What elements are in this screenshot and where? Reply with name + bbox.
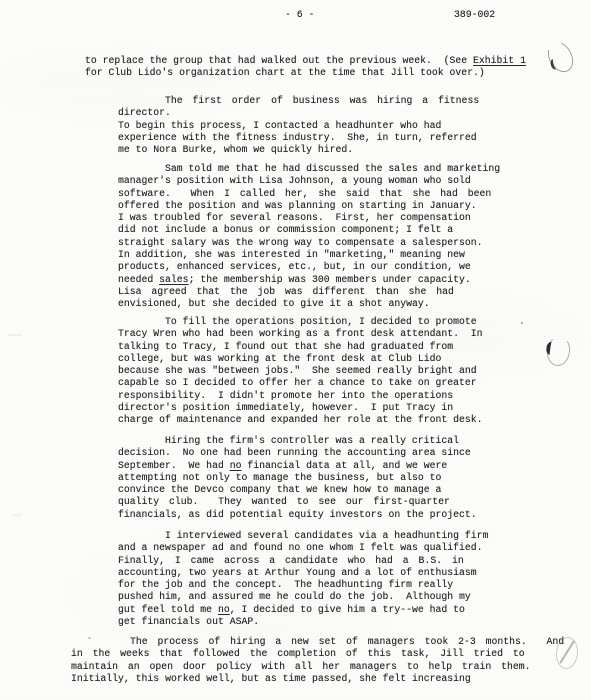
text-segment: decision. No one had been running the ac… — [118, 447, 471, 458]
scan-smudge — [8, 334, 22, 336]
text-line: To fill the operations position, I decid… — [118, 316, 483, 328]
text-line: convince the Devco company that we knew … — [118, 484, 477, 496]
text-line: and a newspaper ad and found no one whom… — [118, 542, 488, 554]
text-segment: for the job and the concept. The headhun… — [118, 579, 453, 590]
text-line: Tracy Wren who had been working as a fro… — [118, 328, 483, 340]
text-segment: accounting, two years at Arthur Young an… — [118, 567, 477, 578]
text-line: Finally, I came across a candidate who h… — [118, 555, 488, 567]
text-segment: Initially, this worked well, but as time… — [71, 673, 471, 684]
text-segment: products, enhanced services, etc., but, … — [118, 261, 471, 272]
scanned-document-page: - 6 - 389-002 to replace the group that … — [0, 0, 591, 700]
text-line: in the weeks that followed the completio… — [71, 648, 564, 660]
text-segment: ; the membership was 300 members under c… — [189, 274, 471, 285]
underlined-text: no — [230, 460, 242, 471]
text-line: pushed him, and assured me he could do t… — [118, 591, 488, 603]
text-line: decision. No one had been running the ac… — [118, 447, 477, 459]
text-line: because she was "between jobs." She seem… — [118, 365, 483, 377]
text-segment: Lisa agreed that the job was different t… — [118, 286, 454, 297]
text-segment: did not include a bonus or commission co… — [118, 224, 453, 235]
text-segment: financial data at all, and we were — [241, 460, 447, 471]
text-segment: straight salary was the wrong way to com… — [118, 237, 483, 248]
text-line: The process of hiring a new set of manag… — [71, 636, 564, 648]
text-segment: Hiring the firm's controller was a reall… — [165, 435, 459, 446]
text-segment: director's position immediately, however… — [118, 402, 453, 413]
text-line: me to Nora Burke, whom we quickly hired. — [118, 144, 479, 156]
text-segment: director. — [118, 107, 171, 118]
text-segment: gut feel told me — [118, 604, 218, 615]
text-segment: quality club. They wanted to see our fir… — [118, 496, 450, 507]
text-segment: To fill the operations position, I decid… — [165, 316, 477, 327]
ink-speck — [88, 637, 91, 639]
text-line: software. When I called her, she said th… — [118, 188, 500, 200]
text-segment: The first order of business was hiring a… — [165, 95, 479, 106]
text-segment: maintain an open door policy with all he… — [71, 661, 531, 672]
text-line: straight salary was the wrong way to com… — [118, 237, 500, 249]
text-segment: responsibility. I didn't promote her int… — [118, 390, 453, 401]
text-line: envisioned, but she decided to give it a… — [118, 298, 500, 310]
text-segment: experience with the fitness industry. Sh… — [118, 132, 477, 143]
text-segment: charge of maintenance and expanded her r… — [118, 414, 483, 425]
text-line: director. — [118, 107, 479, 119]
text-line: to replace the group that had walked out… — [85, 55, 526, 67]
text-line: Sam told me that he had discussed the sa… — [118, 163, 500, 175]
text-segment: because she was "between jobs." She seem… — [118, 365, 477, 376]
scan-smudge — [12, 514, 22, 516]
text-line: capable so I decided to offer her a chan… — [118, 377, 483, 389]
paragraph-narrative-intro: to replace the group that had walked out… — [85, 55, 526, 80]
text-segment: pushed him, and assured me he could do t… — [118, 591, 471, 602]
text-line: accounting, two years at Arthur Young an… — [118, 567, 488, 579]
page-number: - 6 - — [285, 9, 314, 21]
text-segment: convince the Devco company that we knew … — [118, 484, 441, 495]
ink-speck — [521, 322, 523, 324]
binder-ring-mark-top — [543, 37, 578, 76]
text-segment: and a newspaper ad and found no one whom… — [118, 542, 483, 553]
text-line: financials, as did potential equity inve… — [118, 509, 477, 521]
text-line: offered the position and was planning on… — [118, 200, 500, 212]
text-segment: envisioned, but she decided to give it a… — [118, 298, 430, 309]
text-line: for Club Lido's organization chart at th… — [85, 67, 526, 79]
text-segment: attempting not only to manage the busine… — [118, 472, 441, 483]
text-segment: offered the position and was planning on… — [118, 200, 477, 211]
text-line: college, but was working at the front de… — [118, 353, 483, 365]
blockquote-fitness-director: The first order of business was hiring a… — [118, 95, 479, 156]
text-segment: manager's position with Lisa Johnson, a … — [118, 175, 471, 186]
blockquote-controller: Hiring the firm's controller was a reall… — [118, 435, 477, 521]
underlined-text: no — [218, 604, 230, 615]
text-line: talking to Tracy, I found out that she h… — [118, 341, 483, 353]
text-line: quality club. They wanted to see our fir… — [118, 496, 477, 508]
text-segment: get financials out ASAP. — [118, 616, 259, 627]
text-line: products, enhanced services, etc., but, … — [118, 261, 500, 273]
paragraph-narrative-closing: The process of hiring a new set of manag… — [71, 636, 564, 685]
text-line: experience with the fitness industry. Sh… — [118, 132, 479, 144]
text-line: To begin this process, I contacted a hea… — [118, 120, 479, 132]
text-line: for the job and the concept. The headhun… — [118, 579, 488, 591]
text-line: maintain an open door policy with all he… — [71, 661, 564, 673]
text-line: Lisa agreed that the job was different t… — [118, 286, 500, 298]
text-line: Hiring the firm's controller was a reall… — [118, 435, 477, 447]
underlined-text: sales — [159, 274, 188, 285]
text-line: September. We had no financial data at a… — [118, 460, 477, 472]
text-line: charge of maintenance and expanded her r… — [118, 414, 483, 426]
text-segment: Tracy Wren who had been working as a fro… — [118, 328, 483, 339]
text-segment: I interviewed several candidates via a h… — [165, 530, 488, 541]
text-segment: , I decided to give him a try--we had to — [230, 604, 465, 615]
text-segment: needed — [118, 274, 159, 285]
text-line: attempting not only to manage the busine… — [118, 472, 477, 484]
text-segment: September. We had — [118, 460, 230, 471]
text-segment: financials, as did potential equity inve… — [118, 509, 477, 520]
text-segment: The process of hiring a new set of manag… — [130, 636, 564, 647]
document-number: 389-002 — [454, 9, 495, 21]
text-line: director's position immediately, however… — [118, 402, 483, 414]
text-segment: Sam told me that he had discussed the sa… — [165, 163, 500, 174]
text-line: Initially, this worked well, but as time… — [71, 673, 564, 685]
text-segment: To begin this process, I contacted a hea… — [118, 120, 441, 131]
text-segment: capable so I decided to offer her a chan… — [118, 377, 477, 388]
text-segment: Finally, I came across a candidate who h… — [118, 555, 464, 566]
text-segment: in the weeks that followed the completio… — [71, 648, 525, 659]
text-line: In addition, she was interested in "mark… — [118, 249, 500, 261]
text-line: The first order of business was hiring a… — [118, 95, 479, 107]
text-line: did not include a bonus or commission co… — [118, 224, 500, 236]
text-line: get financials out ASAP. — [118, 616, 488, 628]
text-line: I was troubled for several reasons. Firs… — [118, 212, 500, 224]
text-segment: I was troubled for several reasons. Firs… — [118, 212, 471, 223]
blockquote-candidates: I interviewed several candidates via a h… — [118, 530, 488, 628]
text-segment: me to Nora Burke, whom we quickly hired. — [118, 144, 353, 155]
text-segment: In addition, she was interested in "mark… — [118, 249, 465, 260]
text-line: needed sales; the membership was 300 mem… — [118, 274, 500, 286]
binder-ring-mark-middle — [545, 335, 572, 368]
text-segment: software. When I called her, she said th… — [118, 188, 491, 199]
blockquote-operations: To fill the operations position, I decid… — [118, 316, 483, 427]
text-segment: talking to Tracy, I found out that she h… — [118, 341, 453, 352]
text-line: I interviewed several candidates via a h… — [118, 530, 488, 542]
text-segment: college, but was working at the front de… — [118, 353, 441, 364]
text-segment: for Club Lido's organization chart at th… — [85, 67, 485, 78]
blockquote-sales-marketing: Sam told me that he had discussed the sa… — [118, 163, 500, 311]
underlined-text: Exhibit 1 — [473, 55, 526, 66]
text-line: responsibility. I didn't promote her int… — [118, 390, 483, 402]
text-line: gut feel told me no, I decided to give h… — [118, 604, 488, 616]
text-segment: to replace the group that had walked out… — [85, 55, 473, 66]
text-line: manager's position with Lisa Johnson, a … — [118, 175, 500, 187]
